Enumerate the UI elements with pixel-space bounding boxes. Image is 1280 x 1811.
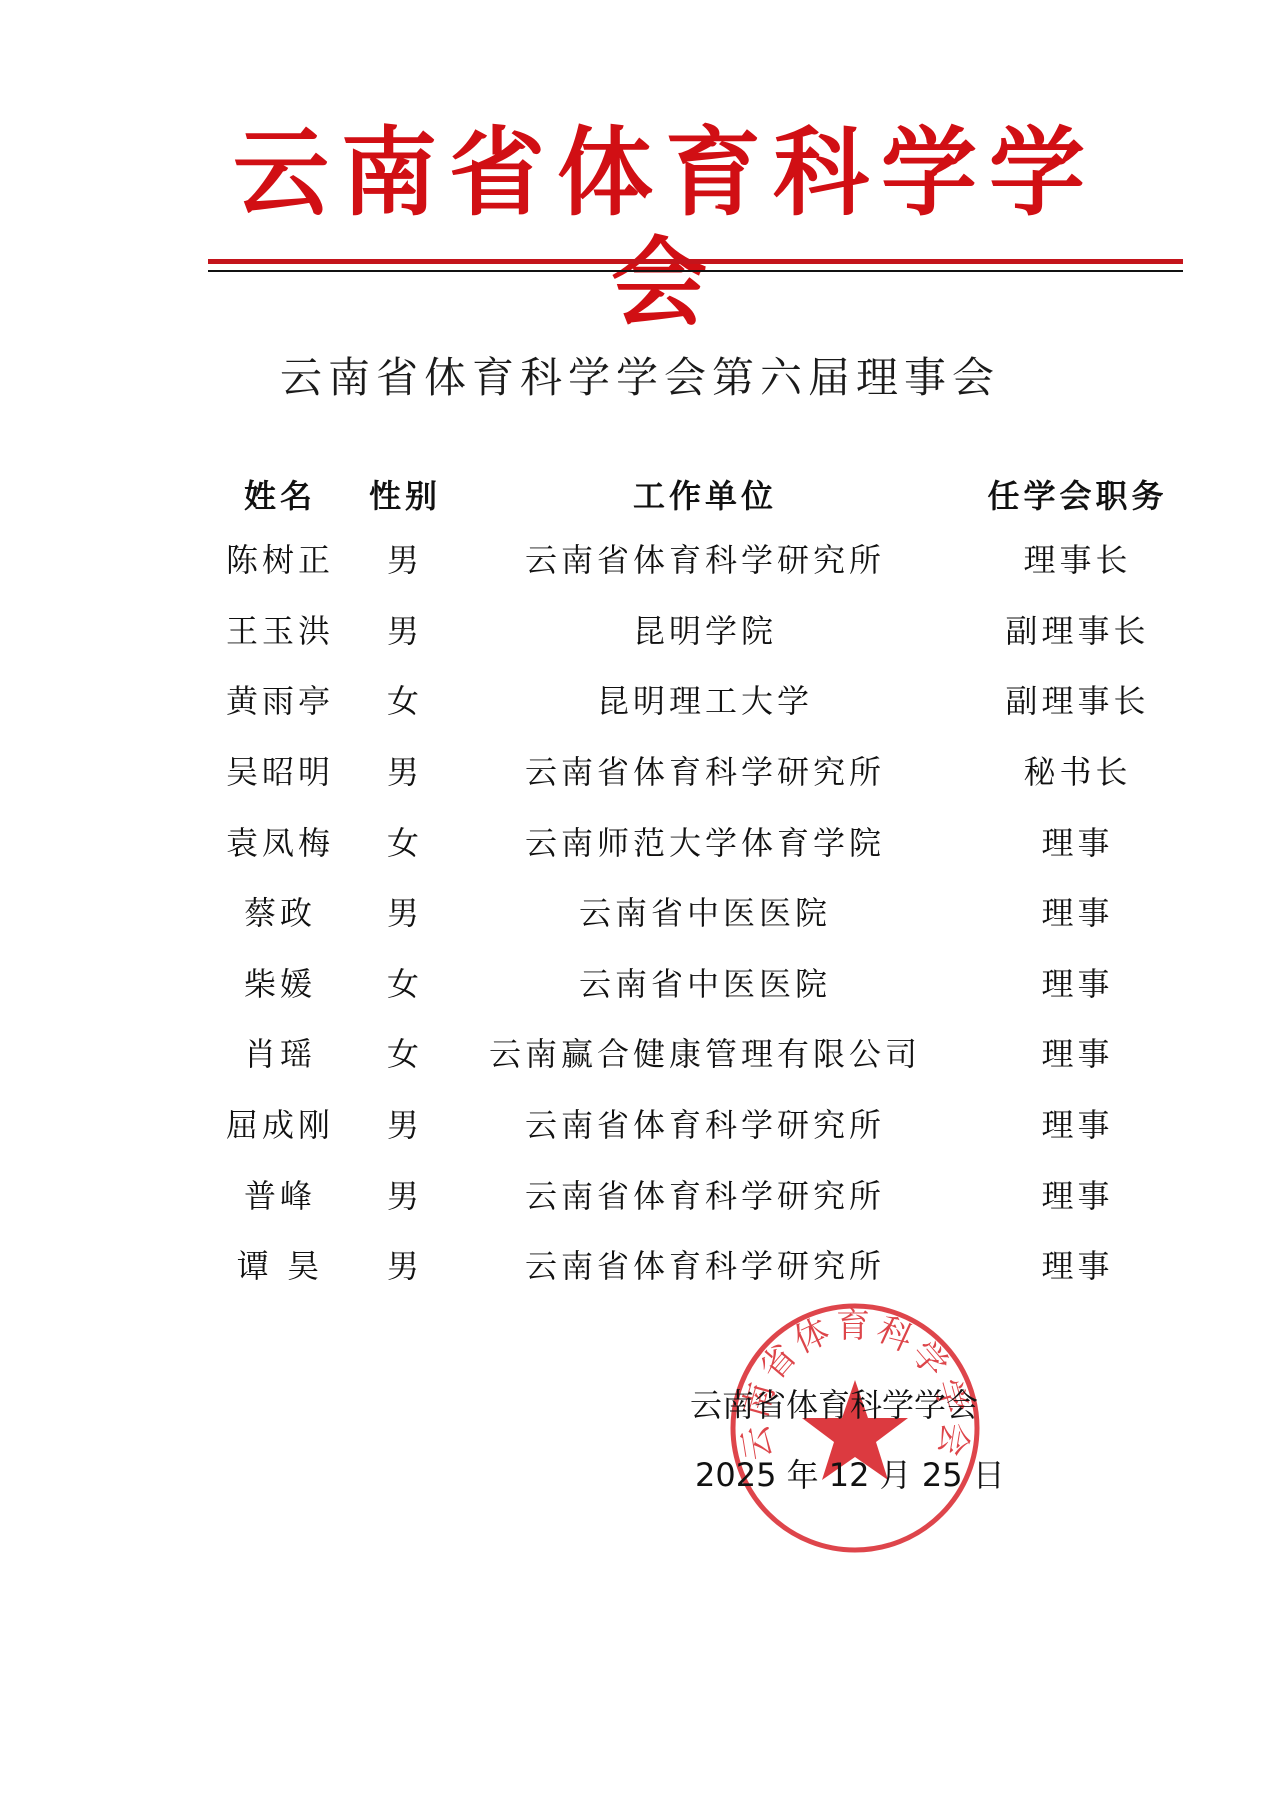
table-row: 柴媛女云南省中医医院理事 (205, 947, 1200, 1018)
table-row: 黄雨亭女昆明理工大学副理事长 (205, 664, 1200, 735)
cell-gender: 女 (355, 805, 455, 876)
cell-role: 理事 (955, 1088, 1200, 1159)
cell-gender: 女 (355, 947, 455, 1018)
signature-date: 2025 年 12 月 25 日 (695, 1450, 1005, 1496)
cell-role: 理事 (955, 1158, 1200, 1229)
cell-name: 袁凤梅 (205, 805, 355, 876)
table-row: 肖瑶女云南赢合健康管理有限公司理事 (205, 1017, 1200, 1088)
cell-gender: 男 (355, 1158, 455, 1229)
letterhead-red-rule (208, 259, 1183, 264)
header-gender: 性别 (355, 465, 455, 523)
council-roster-table: 姓名 性别 工作单位 任学会职务 陈树正男云南省体育科学研究所理事长王玉洪男昆明… (205, 465, 1200, 1300)
signature-organization: 云南省体育科学学会 (690, 1380, 978, 1426)
table-row: 王玉洪男昆明学院副理事长 (205, 594, 1200, 665)
cell-gender: 男 (355, 523, 455, 594)
cell-gender: 男 (355, 1088, 455, 1159)
official-seal: 云南省体育科学学会 (725, 1298, 985, 1558)
cell-unit: 云南省中医医院 (455, 947, 955, 1018)
cell-name: 普峰 (205, 1158, 355, 1229)
header-name: 姓名 (205, 465, 355, 523)
header-unit: 工作单位 (455, 465, 955, 523)
letterhead-black-rule (208, 270, 1183, 272)
cell-role: 副理事长 (955, 594, 1200, 665)
cell-role: 秘书长 (955, 735, 1200, 806)
table-header-row: 姓名 性别 工作单位 任学会职务 (205, 465, 1200, 523)
table-row: 谭 昊男云南省体育科学研究所理事 (205, 1229, 1200, 1300)
cell-gender: 男 (355, 1229, 455, 1300)
cell-unit: 云南省体育科学研究所 (455, 523, 955, 594)
cell-name: 陈树正 (205, 523, 355, 594)
cell-unit: 昆明理工大学 (455, 664, 955, 735)
cell-gender: 男 (355, 594, 455, 665)
letterhead-title: 云南省体育科学学会 (205, 118, 1125, 338)
header-role: 任学会职务 (955, 465, 1200, 523)
cell-unit: 云南师范大学体育学院 (455, 805, 955, 876)
cell-name: 柴媛 (205, 947, 355, 1018)
cell-role: 理事 (955, 947, 1200, 1018)
cell-role: 理事 (955, 1017, 1200, 1088)
cell-unit: 云南省体育科学研究所 (455, 1229, 955, 1300)
cell-unit: 云南省体育科学研究所 (455, 735, 955, 806)
cell-name: 屈成刚 (205, 1088, 355, 1159)
cell-gender: 女 (355, 1017, 455, 1088)
cell-role: 副理事长 (955, 664, 1200, 735)
document-title: 云南省体育科学学会第六届理事会 (0, 345, 1280, 405)
cell-name: 王玉洪 (205, 594, 355, 665)
cell-unit: 云南省体育科学研究所 (455, 1158, 955, 1229)
cell-name: 谭 昊 (205, 1229, 355, 1300)
cell-name: 吴昭明 (205, 735, 355, 806)
cell-gender: 女 (355, 664, 455, 735)
cell-name: 黄雨亭 (205, 664, 355, 735)
cell-gender: 男 (355, 735, 455, 806)
cell-unit: 云南省体育科学研究所 (455, 1088, 955, 1159)
cell-name: 肖瑶 (205, 1017, 355, 1088)
table-row: 袁凤梅女云南师范大学体育学院理事 (205, 805, 1200, 876)
cell-role: 理事 (955, 876, 1200, 947)
table-row: 陈树正男云南省体育科学研究所理事长 (205, 523, 1200, 594)
cell-unit: 云南赢合健康管理有限公司 (455, 1017, 955, 1088)
cell-role: 理事长 (955, 523, 1200, 594)
table-row: 屈成刚男云南省体育科学研究所理事 (205, 1088, 1200, 1159)
cell-role: 理事 (955, 1229, 1200, 1300)
cell-unit: 昆明学院 (455, 594, 955, 665)
cell-name: 蔡政 (205, 876, 355, 947)
cell-gender: 男 (355, 876, 455, 947)
table-row: 普峰男云南省体育科学研究所理事 (205, 1158, 1200, 1229)
table-row: 吴昭明男云南省体育科学研究所秘书长 (205, 735, 1200, 806)
table-row: 蔡政男云南省中医医院理事 (205, 876, 1200, 947)
cell-unit: 云南省中医医院 (455, 876, 955, 947)
cell-role: 理事 (955, 805, 1200, 876)
